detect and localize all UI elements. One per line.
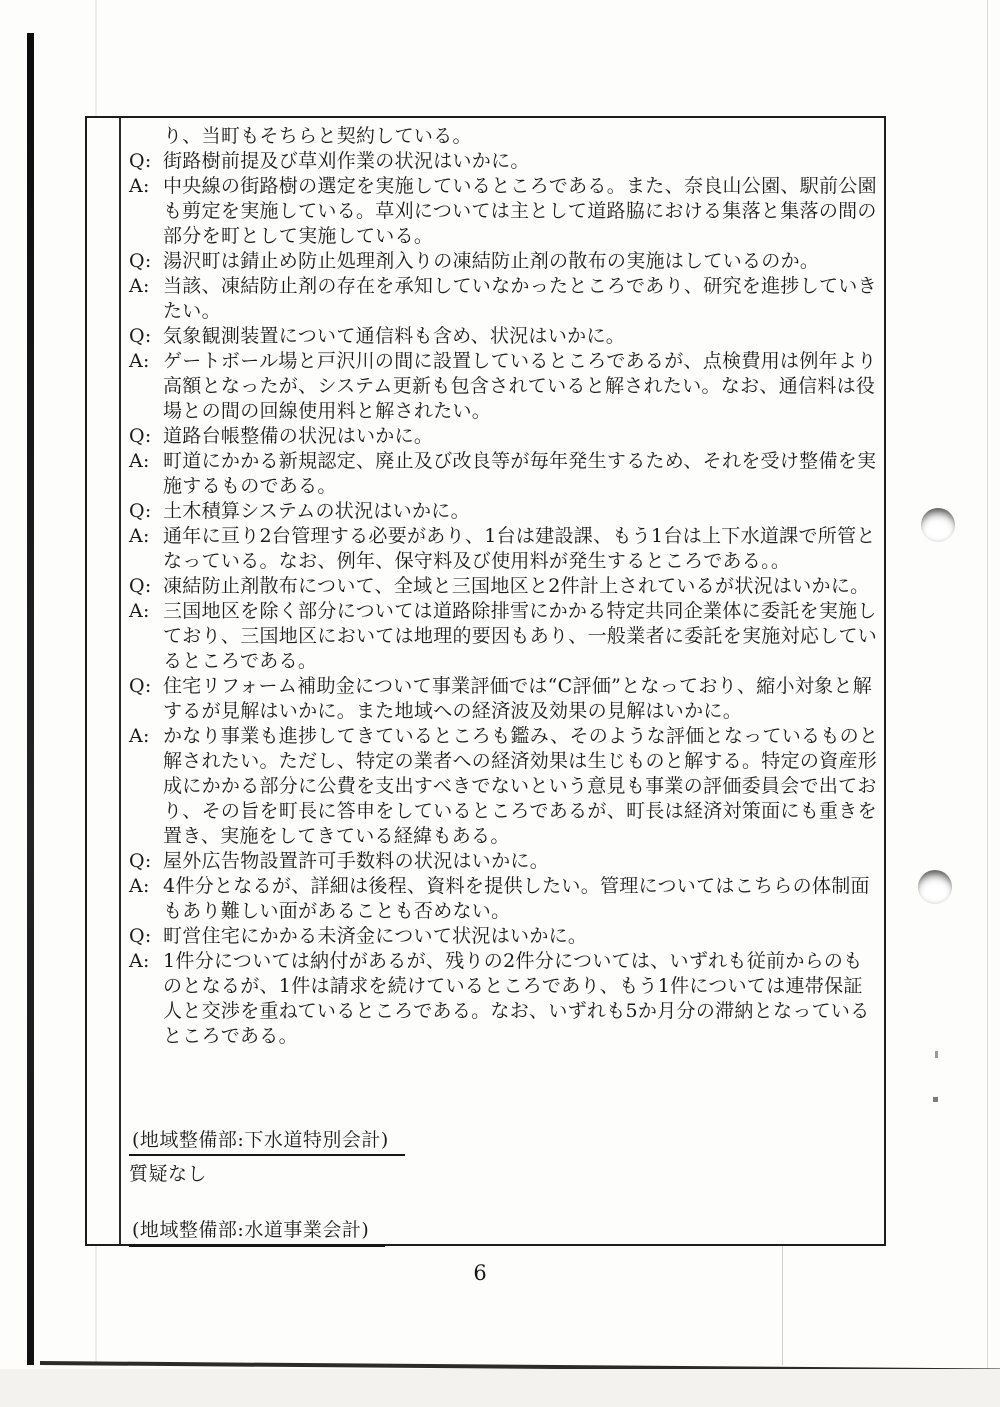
section-heading: (地域整備部:下水道特別会計): [129, 1128, 405, 1156]
qa-speaker-label: A:: [129, 599, 163, 624]
qa-text: り、当町もそちらと契約している。: [163, 124, 879, 149]
qa-text: 道路台帳整備の状況はいかに。: [163, 424, 879, 449]
qa-speaker-label: A:: [129, 449, 163, 474]
qa-text: 屋外広告物設置許可手数料の状況はいかに。: [163, 849, 879, 874]
qa-row: Q: 気象観測装置について通信料も含め、状況はいかに。: [129, 324, 879, 349]
qa-text: 町営住宅にかかる未済金について状況はいかに。: [163, 924, 879, 949]
qa-row: Q: 街路樹前提及び草刈作業の状況はいかに。: [129, 149, 879, 174]
qa-row: A: 三国地区を除く部分については道路除排雪にかかる特定共同企業体に委託を実施し…: [129, 599, 879, 674]
scan-speck: [933, 1097, 938, 1102]
qa-row: A: 当該、凍結防止剤の存在を承知していなかったところであり、研究を進捗していき…: [129, 274, 879, 324]
punch-hole-bottom: [918, 870, 952, 904]
qa-row: Q: 湯沢町は錆止め防止処理剤入りの凍結防止剤の散布の実施はしているのか。: [129, 249, 879, 274]
qa-speaker-label: A:: [129, 349, 163, 374]
qa-text: 町道にかかる新規認定、廃止及び改良等が毎年発生するため、それを受け整備を実施する…: [163, 449, 879, 499]
qa-text: 1件分については納付があるが、残りの2件分については、いずれも従前からのものとな…: [163, 949, 879, 1049]
qa-text: 湯沢町は錆止め防止処理剤入りの凍結防止剤の散布の実施はしているのか。: [163, 249, 879, 274]
qa-row: Q: 土木積算システムの状況はいかに。: [129, 499, 879, 524]
qa-speaker-label: A:: [129, 274, 163, 299]
qa-speaker-label: Q:: [129, 324, 163, 349]
section-water-business-account: (地域整備部:水道事業会計): [129, 1218, 878, 1247]
page-number: 6: [430, 1261, 530, 1285]
qa-list: り、当町もそちらと契約している。 Q: 街路樹前提及び草刈作業の状況はいかに。 …: [129, 124, 879, 1049]
qa-text: 中央線の街路樹の選定を実施しているところである。また、奈良山公園、駅前公園も剪定…: [163, 174, 879, 249]
qa-speaker-label: A:: [129, 524, 163, 549]
qa-row: A: 町道にかかる新規認定、廃止及び改良等が毎年発生するため、それを受け整備を実…: [129, 449, 879, 499]
qa-row: A: ゲートボール場と戸沢川の間に設置しているところであるが、点検費用は例年より…: [129, 349, 879, 424]
qa-text: かなり事業も進捗してきているところも鑑み、そのような評価となっているものと解され…: [163, 724, 879, 849]
qa-text: 三国地区を除く部分については道路除排雪にかかる特定共同企業体に委託を実施しており…: [163, 599, 879, 674]
paper-right-edge: [987, 0, 988, 1369]
qa-speaker-label: Q:: [129, 499, 163, 524]
qa-row: り、当町もそちらと契約している。: [129, 124, 879, 149]
qa-row: Q: 道路台帳整備の状況はいかに。: [129, 424, 879, 449]
punch-hole-top: [921, 508, 955, 542]
qa-speaker-label: Q:: [129, 249, 163, 274]
section-body-no-questions: 質疑なし: [129, 1162, 878, 1187]
minutes-table: り、当町もそちらと契約している。 Q: 街路樹前提及び草刈作業の状況はいかに。 …: [85, 116, 886, 1246]
qa-row: Q: 住宅リフォーム補助金について事業評価では“C評価”となっており、縮小対象と…: [129, 674, 879, 724]
qa-speaker-label: A:: [129, 874, 163, 899]
qa-speaker-label: Q:: [129, 574, 163, 599]
qa-text: ゲートボール場と戸沢川の間に設置しているところであるが、点検費用は例年より高額と…: [163, 349, 879, 424]
qa-text: 住宅リフォーム補助金について事業評価では“C評価”となっており、縮小対象と解する…: [163, 674, 879, 724]
qa-text: 凍結防止剤散布について、全域と三国地区と2件計上されているが状況はいかに。: [163, 574, 879, 599]
qa-row: A: 通年に亘り2台管理する必要があり、1台は建設課、もう1台は上下水道課で所管…: [129, 524, 879, 574]
qa-text: 4件分となるが、詳細は後程、資料を提供したい。管理についてはこちらの体制面もあり…: [163, 874, 879, 924]
qa-speaker-label: Q:: [129, 924, 163, 949]
qa-row: A: 1件分については納付があるが、残りの2件分については、いずれも従前からのも…: [129, 949, 879, 1049]
qa-text: 当該、凍結防止剤の存在を承知していなかったところであり、研究を進捗していきたい。: [163, 274, 879, 324]
qa-text: 土木積算システムの状況はいかに。: [163, 499, 879, 524]
document-page: り、当町もそちらと契約している。 Q: 街路樹前提及び草刈作業の状況はいかに。 …: [0, 0, 1000, 1369]
section-sewer-special-account: (地域整備部:下水道特別会計) 質疑なし: [129, 1128, 878, 1187]
qa-speaker-label: A:: [129, 949, 163, 974]
qa-text: 街路樹前提及び草刈作業の状況はいかに。: [163, 149, 879, 174]
qa-speaker-label: Q:: [129, 849, 163, 874]
scanner-background: [0, 1369, 1000, 1407]
qa-speaker-label: A:: [129, 174, 163, 199]
qa-row: Q: 屋外広告物設置許可手数料の状況はいかに。: [129, 849, 879, 874]
qa-speaker-label: Q:: [129, 674, 163, 699]
qa-text: 気象観測装置について通信料も含め、状況はいかに。: [163, 324, 879, 349]
qa-text: 通年に亘り2台管理する必要があり、1台は建設課、もう1台は上下水道課で所管となっ…: [163, 524, 879, 574]
qa-speaker-label: Q:: [129, 149, 163, 174]
qa-speaker-label: Q:: [129, 424, 163, 449]
table-left-column: [87, 118, 121, 1244]
section-heading: (地域整備部:水道事業会計): [129, 1218, 385, 1247]
scan-speck: [935, 1051, 938, 1058]
qa-row: Q: 凍結防止剤散布について、全域と三国地区と2件計上されているが状況はいかに。: [129, 574, 879, 599]
qa-row: A: 中央線の街路樹の選定を実施しているところである。また、奈良山公園、駅前公園…: [129, 174, 879, 249]
qa-speaker-label: A:: [129, 724, 163, 749]
qa-row: Q: 町営住宅にかかる未済金について状況はいかに。: [129, 924, 879, 949]
scan-edge-artifact: [27, 33, 34, 1365]
table-content: り、当町もそちらと契約している。 Q: 街路樹前提及び草刈作業の状況はいかに。 …: [123, 118, 884, 1244]
qa-row: A: かなり事業も進捗してきているところも鑑み、そのような評価となっているものと…: [129, 724, 879, 849]
qa-row: A: 4件分となるが、詳細は後程、資料を提供したい。管理についてはこちらの体制面…: [129, 874, 879, 924]
